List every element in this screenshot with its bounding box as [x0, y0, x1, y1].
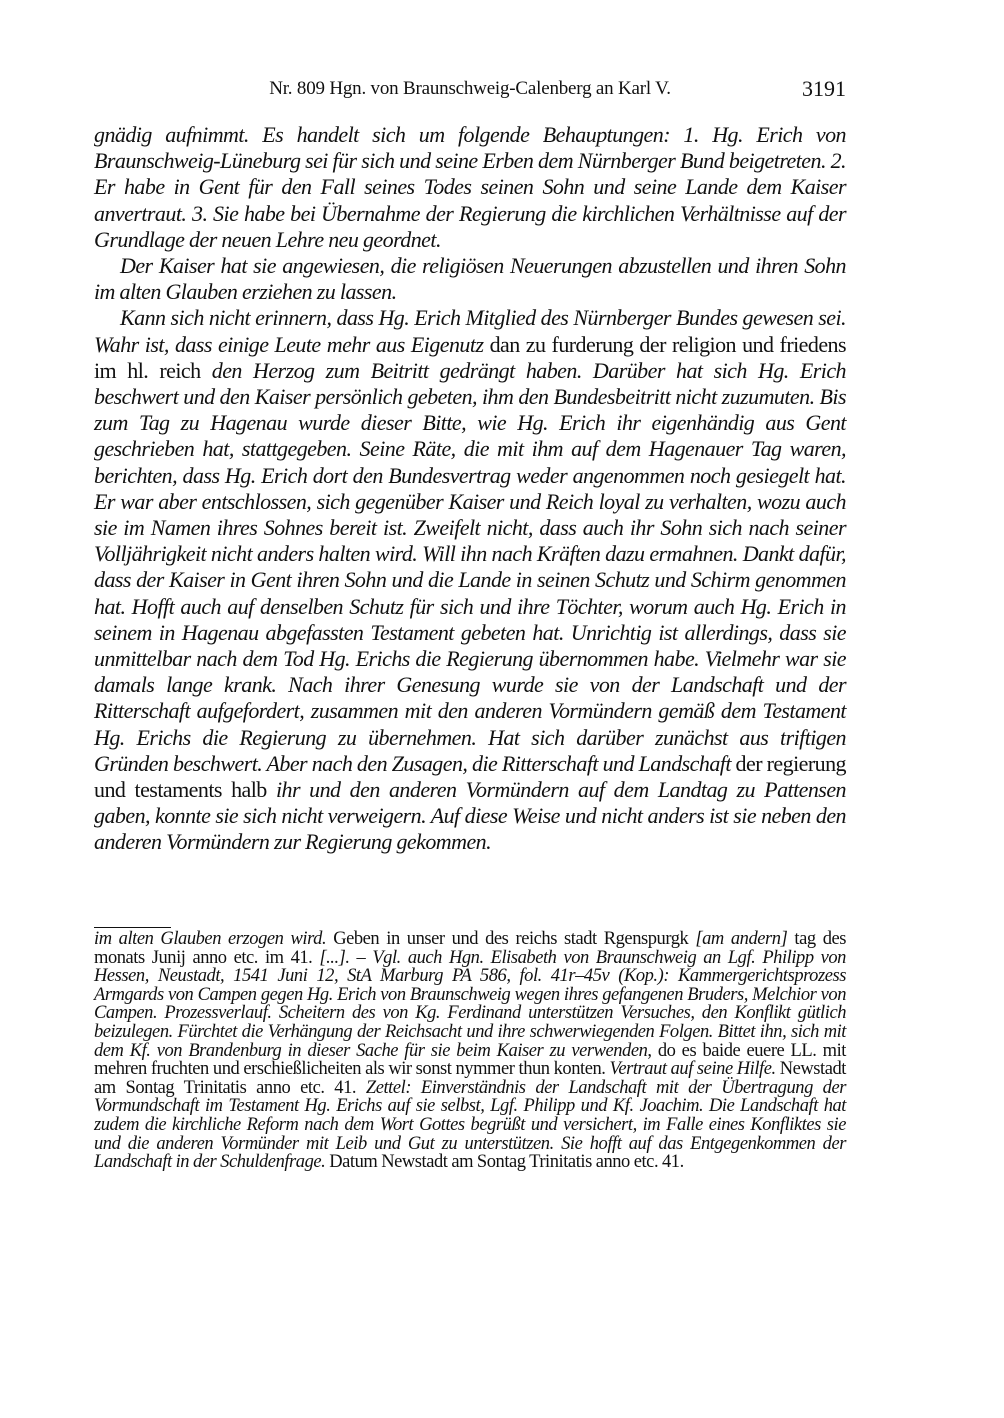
page-number: 3191 — [802, 76, 846, 102]
text-segment: [am andern] — [695, 929, 787, 949]
text-segment: den Herzog zum Beitritt gedrängt haben. … — [94, 358, 846, 776]
text-segment: Vertraut auf seine Hilfe. — [610, 1059, 776, 1079]
quoted-source-text: Datum Newstadt am Sontag Trinitatis anno… — [325, 1152, 683, 1172]
paragraph-3: Kann sich nicht erinnern, dass Hg. Erich… — [94, 305, 846, 855]
quoted-source-text: Geben in unser und des reichs stadt Rgen… — [326, 929, 695, 949]
running-header: Nr. 809 Hgn. von Braunschweig-Calenberg … — [94, 78, 846, 108]
text-segment: im alten Glauben erzogen wird. — [94, 929, 326, 949]
text-segment: gnädig aufnimmt. Es handelt sich um folg… — [94, 122, 846, 252]
header-title: Nr. 809 Hgn. von Braunschweig-Calenberg … — [94, 78, 846, 100]
footnotes: im alten Glauben erzogen wird. Geben in … — [94, 930, 846, 1172]
main-text: gnädig aufnimmt. Es handelt sich um folg… — [94, 122, 846, 856]
paragraph-2: Der Kaiser hat sie angewiesen, die relig… — [94, 253, 846, 305]
text-segment: Der Kaiser hat sie angewiesen, die relig… — [94, 253, 846, 304]
paragraph-1: gnädig aufnimmt. Es handelt sich um folg… — [94, 122, 846, 253]
footnote-separator — [94, 927, 171, 928]
footnote-paragraph: im alten Glauben erzogen wird. Geben in … — [94, 930, 846, 1172]
